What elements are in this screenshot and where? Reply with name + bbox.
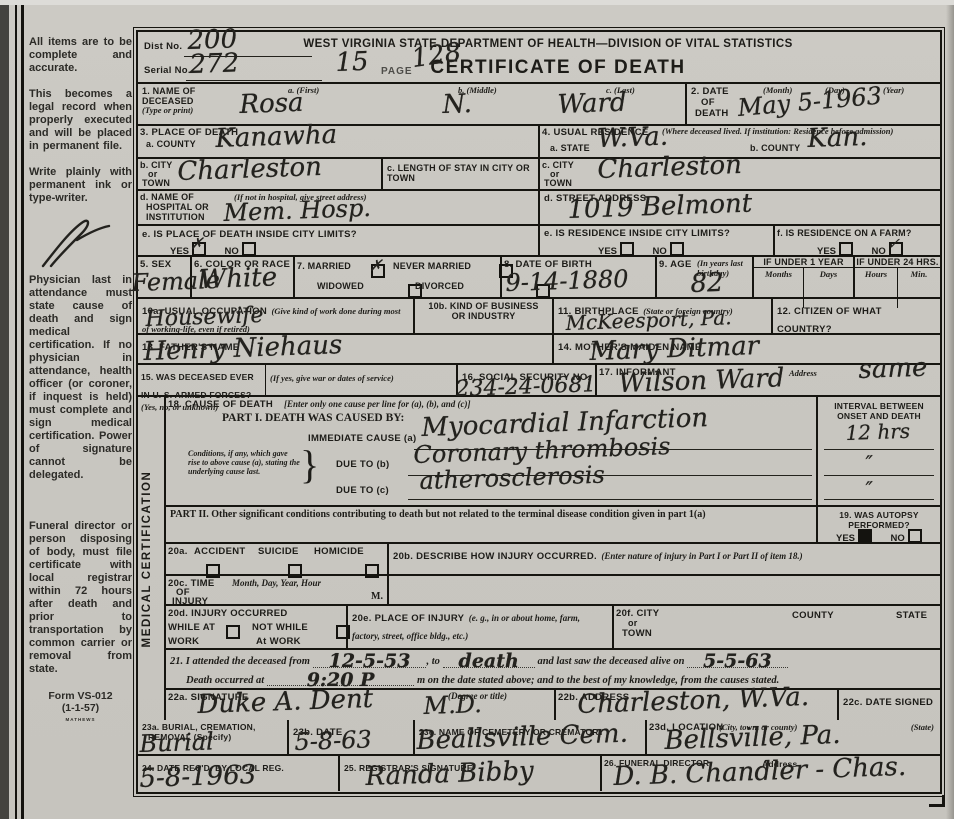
field-usual-occupation: 10a. USUAL OCCUPATION (Give kind of work… [138, 299, 415, 333]
part2-label: PART II. Other significant conditions co… [170, 509, 812, 520]
hw-birthplace: McKeesport, Pa. [565, 305, 732, 335]
field-burial-location: 23d. LOCATION (City, town, or county) (S… [647, 720, 940, 754]
hw-attended-from: 12-5-53 [313, 656, 427, 668]
city-label: TOWN [142, 178, 170, 188]
informant-address-label: Address [789, 369, 817, 379]
certificate-title: CERTIFICATE OF DEATH [338, 57, 778, 79]
hw-residence-state: W.Va. [597, 122, 669, 154]
hw-informant: Wilson Ward [618, 363, 785, 399]
under-24-hrs-label: IF UNDER 24 HRS. [855, 257, 940, 268]
field-date-of-birth: 8. DATE OF BIRTH 9-14-1880 [502, 257, 657, 297]
section-place-of-death: 3. PLACE OF DEATH a. COUNTY Kanawha b. C… [138, 126, 540, 255]
field-citizen: 12. CITIZEN OF WHAT COUNTRY? [773, 299, 940, 333]
margin-instructions: All items are to be complete and accurat… [29, 36, 132, 726]
binding-line [21, 0, 24, 819]
brace: } [300, 445, 319, 485]
field-accident-suicide-homicide: 20a. ACCIDENT SUICIDE HOMICIDE [166, 544, 389, 574]
hw-interval-a: 12 hrs [845, 419, 910, 445]
no-label: NO [890, 533, 904, 544]
time-of-injury-note: Month, Day, Year, Hour [232, 579, 321, 589]
accident-label: ACCIDENT [194, 546, 245, 557]
field-city-town: b. CITY or TOWN Charleston [138, 159, 383, 189]
margin-note: All items are to be complete and accurat… [29, 36, 132, 75]
check-mark: ✗ [369, 256, 382, 275]
while-at-work-label-2: WORK [168, 636, 199, 647]
field-residence-city-limits: e. IS RESIDENCE INSIDE CITY LIMITS? YES … [540, 226, 775, 257]
field-describe-injury: 20b. DESCRIBE HOW INJURY OCCURRED. (Ente… [389, 544, 940, 574]
date-of-death-label: DEATH [695, 108, 729, 119]
field-date-signed: 22c. DATE SIGNED [839, 690, 940, 720]
injury-city-label: or [628, 618, 637, 628]
date-signed-label: 22c. DATE SIGNED [843, 697, 933, 708]
county-label: a. COUNTY [146, 139, 196, 149]
injury-county-label: COUNTY [792, 610, 834, 621]
form-code: Form VS-012 (1-1-57) MATHEWS [29, 690, 132, 726]
widowed-label: WIDOWED [317, 281, 364, 291]
row-place-residence: 3. PLACE OF DEATH a. COUNTY Kanawha b. C… [138, 126, 940, 257]
field-time-of-injury: 20c. TIME OF INJURY Month, Day, Year, Ho… [166, 576, 389, 604]
attended-text: , to [426, 656, 439, 667]
field-place-of-injury: 20e. PLACE OF INJURY (e. g., in or about… [348, 606, 614, 648]
field-if-under-1-year: IF UNDER 1 YEAR Months Days [754, 257, 855, 297]
row-injury-type: 20a. ACCIDENT SUICIDE HOMICIDE 20b. DESC… [166, 544, 940, 576]
injury-occurred-label: 20d. INJURY OCCURRED [168, 608, 288, 619]
field-street-address: d. STREET ADDRESS 1019 Belmont [540, 191, 940, 226]
field-funeral-director: 26. FUNERAL DIRECTOR Address D. B. Chand… [602, 756, 940, 791]
location-state-note: (State) [911, 723, 934, 733]
yes-label: YES [170, 246, 189, 257]
armed-forces-label: 15. WAS DECEASED EVER IN U. S. ARMED FOR… [141, 372, 254, 400]
age-label: 9. AGE [659, 259, 692, 270]
cause-section-note: [Enter only one cause per line for (a), … [284, 400, 470, 410]
binding-line [15, 0, 17, 819]
field-residence-city: c. CITY or TOWN Charleston [540, 159, 940, 191]
field-color-race: 6. COLOR OR RACE White [192, 257, 295, 297]
illegible-scribble [37, 218, 115, 270]
field-registrar-signature: 25. REGISTRAR'S SIGNATURE Randa Bibby [340, 756, 602, 791]
injury-state-label: STATE [896, 610, 927, 621]
field-if-under-24-hrs: IF UNDER 24 HRS. Hours Min. [855, 257, 940, 297]
injury-city-label: 20f. CITY [616, 608, 659, 619]
row-part2-autopsy: PART II. Other significant conditions co… [166, 507, 940, 544]
scanned-death-certificate: All items are to be complete and accurat… [0, 0, 954, 819]
checkbox-married: ✗ [371, 264, 385, 278]
while-at-work-label: WHILE AT [168, 622, 215, 633]
field-place-city-limits: e. IS PLACE OF DEATH INSIDE CITY LIMITS?… [138, 226, 538, 257]
date-of-death-label: 2. DATE [691, 86, 729, 97]
checkbox-place-limits-yes: ✗ [192, 242, 206, 256]
describe-injury-note: (Enter nature of injury in Part I or Par… [601, 551, 802, 561]
medical-certification-section: MEDICAL CERTIFICATION 18. CAUSE OF DEATH… [138, 397, 940, 720]
field-armed-forces: 15. WAS DECEASED EVER IN U. S. ARMED FOR… [138, 365, 458, 395]
injury-city-label: TOWN [622, 628, 652, 639]
row-attended: 21. I attended the deceased from 12-5-53… [166, 650, 940, 690]
attended-text: Death occurred at [170, 675, 264, 686]
business-label: OR INDUSTRY [419, 311, 548, 321]
length-of-stay-label: c. LENGTH OF STAY IN CITY OR TOWN [387, 161, 534, 183]
scan-edge-top [0, 0, 954, 5]
business-label: 10b. KIND OF BUSINESS [419, 301, 548, 311]
checkbox-place-limits-no [242, 242, 256, 256]
hospital-label: INSTITUTION [146, 212, 205, 222]
certificate-form: Dist No. 200 Serial No. 272 15 PAGE 128 … [136, 30, 942, 794]
field-signature: 22a. SIGNATURE (Degree or title) Duke A.… [166, 690, 556, 720]
rule [824, 499, 934, 500]
time-of-injury-label: 20c. TIME [168, 578, 215, 589]
yes-label: YES [817, 246, 836, 257]
scan-edge-left [0, 0, 9, 819]
row-time-of-injury: 20c. TIME OF INJURY Month, Day, Year, Ho… [166, 576, 940, 606]
field-sex: 5. SEX Female [138, 257, 192, 297]
suicide-label: SUICIDE [258, 546, 299, 557]
hw-due-to-c: atherosclerosis [419, 461, 605, 495]
hw-ssn: 234-24-0681 [455, 372, 597, 402]
field-signer-address: 22b. ADDRESS Charleston, W.Va. [556, 690, 839, 720]
field-cemetery: 23c. NAME OF CEMETERY OR CREMATORY Beall… [415, 720, 647, 754]
hw-signature: Duke A. Dent [197, 684, 374, 720]
checkbox-while-at-work [226, 625, 240, 639]
field-hospital: d. NAME OF HOSPITAL OR INSTITUTION (If n… [138, 191, 538, 226]
check-mark: ✓ [887, 234, 900, 253]
field-attended: 21. I attended the deceased from 12-5-53… [166, 650, 940, 688]
rule [186, 80, 322, 81]
hw-page-left: 15 [335, 47, 369, 78]
field-injury-city-county-state: 20f. CITY or TOWN COUNTY STATE [614, 606, 940, 648]
hw-dob: 9-14-1880 [505, 265, 629, 297]
vertical-strip: MEDICAL CERTIFICATION [138, 397, 166, 720]
checkbox-farm-yes [839, 242, 853, 256]
form-code-revision: (1-1-57) [62, 702, 99, 714]
row-name-date: 1. NAME OF DECEASED (Type or print) a. (… [138, 84, 940, 126]
divorced-label: DIVORCED [415, 281, 464, 291]
field-residence-limits-farm: e. IS RESIDENCE INSIDE CITY LIMITS? YES … [540, 226, 940, 257]
hw-interval-b: ″ [865, 451, 873, 475]
field-date-received: 24. DATE REC'D. BY LOCAL REG. 5-8-1963 [138, 756, 340, 791]
hw-attended-to: death [443, 656, 535, 668]
residence-city-label: TOWN [544, 178, 572, 188]
field-part2: PART II. Other significant conditions co… [166, 507, 818, 542]
hw-burial-date: 5-8-63 [294, 725, 372, 756]
hw-registrar-signature: Randa Bibby [365, 756, 534, 792]
checkbox-residence-limits-no [670, 242, 684, 256]
hw-occupation: Housewife [145, 303, 264, 332]
never-married-label: NEVER MARRIED [393, 261, 471, 271]
row-signature: 22a. SIGNATURE (Degree or title) Duke A.… [166, 690, 940, 720]
medical-certification-label: MEDICAL CERTIFICATION [141, 470, 153, 647]
field-autopsy: 19. WAS AUTOPSY PERFORMED? YES NO [818, 507, 940, 542]
citizen-label: 12. CITIZEN OF WHAT COUNTRY? [777, 306, 882, 335]
interval-label: INTERVAL BETWEEN [822, 399, 936, 411]
section-usual-residence: 4. USUAL RESIDENCE (Where deceased lived… [540, 126, 940, 255]
injury-20a-label: 20a. [168, 546, 188, 557]
name-label: 1. NAME OF DECEASED [142, 86, 234, 106]
no-label: NO [224, 246, 238, 257]
hw-date-of-death: May 5-1963 [737, 82, 883, 122]
married-label: 7. MARRIED [297, 261, 351, 271]
meridiem-label: M. [371, 591, 383, 602]
row-sex-race-marital-dob-age: 5. SEX Female 6. COLOR OR RACE White 7. … [138, 257, 940, 299]
hw-last-alive: 5-5-63 [687, 656, 788, 668]
check-mark: ✗ [190, 234, 203, 253]
field-father-name: 13. FATHER'S NAME Henry Niehaus [138, 335, 554, 363]
field-length-of-stay: c. LENGTH OF STAY IN CITY OR TOWN [383, 159, 538, 189]
serial-no-label: Serial No. [144, 65, 191, 76]
field-residence-farm: f. IS RESIDENCE ON A FARM? YES NO✓ [775, 226, 940, 257]
not-while-at-work-label-2: At WORK [256, 636, 301, 647]
field-kind-of-business: 10b. KIND OF BUSINESS OR INDUSTRY [415, 299, 554, 333]
no-label: NO [871, 246, 885, 257]
checkbox-autopsy-yes [858, 529, 872, 543]
cause-section-label: 18. CAUSE OF DEATH [168, 399, 273, 410]
scan-corner-mark [929, 795, 945, 807]
hw-burial-location: Bellsville, Pa. [664, 720, 841, 756]
rule [824, 475, 934, 476]
margin-note: Physician last in attendance must state … [29, 274, 132, 482]
hw-degree: M.D. [423, 690, 482, 720]
place-limits-label: e. IS PLACE OF DEATH INSIDE CITY LIMITS? [142, 229, 357, 240]
autopsy-label: 19. WAS AUTOPSY [822, 509, 936, 520]
field-birthplace: 11. BIRTHPLACE (State or foreign country… [554, 299, 773, 333]
due-to-b-label: DUE TO (b) [336, 459, 390, 470]
row-parents: 13. FATHER'S NAME Henry Niehaus 14. MOTH… [138, 335, 940, 365]
field-interval-onset-death: INTERVAL BETWEEN ONSET AND DEATH 12 hrs … [818, 397, 940, 505]
hw-street-address: 1019 Belmont [567, 189, 753, 225]
scan-edge-right [946, 0, 954, 819]
residence-county-label: b. COUNTY [750, 143, 800, 153]
printer-name: MATHEWS [29, 714, 132, 726]
field-injury-occurred: 20d. INJURY OCCURRED WHILE AT NOT WHILE … [166, 606, 348, 648]
hospital-label: HOSPITAL OR [146, 202, 209, 212]
form-header: Dist No. 200 Serial No. 272 15 PAGE 128 … [138, 32, 940, 84]
field-city-stay: b. CITY or TOWN Charleston c. LENGTH OF … [138, 159, 538, 191]
row-cause-of-death: 18. CAUSE OF DEATH [Enter only one cause… [166, 397, 940, 507]
hw-serial-no: 272 [189, 48, 240, 80]
field-burial-type: 23a. BURIAL, CREMATION, REMOVAL (Specify… [138, 720, 289, 754]
rule [408, 499, 812, 500]
date-of-death-label: OF [701, 97, 715, 108]
hw-interval-c: ″ [865, 477, 873, 501]
field-marital-status: 7. MARRIED ✗ NEVER MARRIED WIDOWED DIVOR… [295, 257, 502, 297]
row-occupation-birthplace: 10a. USUAL OCCUPATION (Give kind of work… [138, 299, 940, 335]
hw-burial-type: Burial [139, 727, 214, 758]
yes-label: YES [836, 533, 855, 544]
attended-text: and last saw the deceased alive on [537, 656, 684, 667]
residence-section-note: (Where deceased lived. If institution: R… [662, 127, 912, 137]
margin-note: This becomes a legal record when properl… [29, 88, 132, 153]
field-age: 9. AGE (In years last birthday) 82 [657, 257, 754, 297]
not-while-at-work-label: NOT WHILE [252, 622, 308, 633]
year-label: (Year) [883, 86, 904, 96]
row-registrar: 24. DATE REC'D. BY LOCAL REG. 5-8-1963 2… [138, 756, 940, 791]
immediate-cause-label: IMMEDIATE CAUSE (a) [308, 433, 416, 444]
hw-father-name: Henry Niehaus [143, 330, 343, 367]
hw-hospital: Mem. Hosp. [223, 194, 371, 227]
field-date-of-death: 2. DATE OF DEATH (Month) (Day) (Year) Ma… [687, 84, 940, 124]
hw-mother-name: Mary Ditmar [589, 331, 760, 367]
field-name-of-deceased: 1. NAME OF DECEASED (Type or print) a. (… [138, 84, 687, 124]
rule [824, 449, 934, 450]
checkbox-farm-no: ✓ [889, 242, 903, 256]
row-burial: 23a. BURIAL, CREMATION, REMOVAL (Specify… [138, 720, 940, 756]
residence-limits-label: e. IS RESIDENCE INSIDE CITY LIMITS? [544, 228, 730, 239]
place-of-injury-label: 20e. PLACE OF INJURY [352, 613, 464, 624]
no-label: NO [652, 246, 666, 257]
margin-note: Write plainly with permanent ink or type… [29, 166, 132, 205]
yes-label: YES [598, 246, 617, 257]
hw-informant-address: same [858, 353, 928, 385]
hw-place-city: Charleston [177, 152, 322, 187]
field-cause-of-death: 18. CAUSE OF DEATH [Enter only one cause… [166, 397, 818, 505]
due-to-c-label: DUE TO (c) [336, 485, 389, 496]
armed-forces-note-2: (If yes, give war or dates of service) [270, 373, 394, 383]
row-forces-ssn-informant: 15. WAS DECEASED EVER IN U. S. ARMED FOR… [138, 365, 940, 397]
field-ssn: 16. SOCIAL SECURITY NO. 234-24-0681 [458, 365, 597, 395]
field-time-of-injury-blank [389, 576, 940, 604]
under-1-year-label: IF UNDER 1 YEAR [754, 257, 853, 268]
describe-injury-label: 20b. DESCRIBE HOW INJURY OCCURRED. [393, 551, 597, 562]
row-injury-place: 20d. INJURY OCCURRED WHILE AT NOT WHILE … [166, 606, 940, 650]
margin-note: Funeral director or person disposing of … [29, 520, 132, 676]
field-informant: 17. INFORMANT Address Wilson Ward same [597, 365, 940, 395]
state-label: a. STATE [550, 143, 590, 153]
attended-text: 21. I attended the deceased from [170, 656, 310, 667]
hw-race: White [199, 262, 278, 295]
checkbox-autopsy-no [908, 529, 922, 543]
hw-date-received: 5-8-1963 [139, 760, 257, 794]
form-code-number: Form VS-012 [48, 690, 112, 702]
homicide-label: HOMICIDE [314, 546, 364, 557]
conditions-note: Conditions, if any, which gave rise to a… [188, 449, 300, 476]
checkbox-residence-limits-yes [620, 242, 634, 256]
hw-age: 82 [690, 268, 724, 299]
hw-last-name: Ward [557, 88, 627, 120]
hw-first-name: Rosa [239, 88, 304, 120]
field-county: 3. PLACE OF DEATH a. COUNTY Kanawha [138, 126, 538, 159]
part1-label: PART I. DEATH WAS CAUSED BY: [222, 412, 404, 424]
hw-residence-city: Charleston [597, 150, 742, 185]
hospital-label: d. NAME OF [140, 192, 194, 202]
hw-middle-name: N. [442, 89, 472, 120]
hw-residence-county: Kan. [807, 122, 868, 154]
dist-no-label: Dist No. [144, 41, 182, 52]
hw-place-county: Kanawha [215, 120, 338, 154]
field-burial-date: 23b. DATE 5-8-63 [289, 720, 415, 754]
hw-cemetery: Beallsville Cem. [416, 719, 628, 756]
